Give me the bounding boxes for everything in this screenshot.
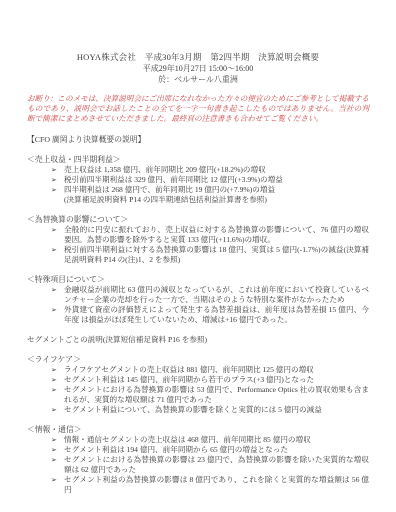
section-heading: ＜特殊項目について＞	[27, 275, 369, 285]
arrow-bullet-icon: ➢	[51, 475, 64, 495]
bullet-text: 四半期利益は 268 億円で、前年同期比 19 億円の(+7.9%)の増益	[64, 185, 369, 195]
arrow-bullet-icon: ➢	[51, 305, 64, 325]
bullet-text: 全般的に円安に振れており、売上収益に対する為替換算の影響について、76 億円の増…	[64, 225, 369, 245]
bullet-item: ➢ 税引前四半期利益は 329 億円、前年同期比 12 億円(+3.9%)の増益	[51, 175, 369, 185]
bullet-text: セグメント利益は 145 億円、前年同期から若干のプラス(+3 億円)となった	[64, 375, 369, 385]
section-information-technology: ＜情報・通信＞ ➢ 情報・通信セグメントの売上収益は 468 億円、前年同期比 …	[27, 425, 369, 495]
arrow-bullet-icon: ➢	[51, 225, 64, 245]
arrow-bullet-icon: ➢	[51, 375, 64, 385]
bullet-item: ➢ セグメントにおける為替換算の影響は 53 億円で、Performance O…	[51, 385, 369, 405]
bullet-item: ➢ セグメントにおける為替換算の影響は 23 億円で、為替換算の影響を除いた実質…	[51, 455, 369, 475]
bullet-item: ➢ 情報・通信セグメントの売上収益は 468 億円、前年同期比 85 億円の増収	[51, 435, 369, 445]
bullet-item: ➢ 四半期利益は 268 億円で、前年同期比 19 億円の(+7.9%)の増益	[51, 185, 369, 195]
arrow-bullet-icon: ➢	[51, 365, 64, 375]
title-block: HOYA株式会社 平成30年3月期 第2四半期 決算説明会概要 平成29年10月…	[27, 52, 369, 85]
segment-note: セグメントごとの説明(決算短信補足資料 P16 を参照)	[27, 335, 369, 345]
bullet-text: 税引前四半期利益に対する為替換算の影響は 18 億円、実質は 5 億円(-1.7…	[64, 245, 369, 265]
arrow-bullet-icon: ➢	[51, 165, 64, 175]
bullet-text: 税引前四半期利益は 329 億円、前年同期比 12 億円(+3.9%)の増益	[64, 175, 369, 185]
bullet-note: (決算補足説明資料 P14 の四半期連結包括利益計算書を参照)	[64, 195, 369, 205]
bullet-item: ➢ 外貨建て資産の評価替えによって発生する為替差損益は、前年度は為替差損 15 …	[51, 305, 369, 325]
bullet-item: ➢ セグメント利益について、為替換算の影響を除くと実質的には 5 億円の減益	[51, 405, 369, 415]
arrow-bullet-icon: ➢	[51, 285, 64, 305]
arrow-bullet-icon: ➢	[51, 175, 64, 185]
bullet-text: 外貨建て資産の評価替えによって発生する為替差損益は、前年度は為替差損 15 億円…	[64, 305, 369, 325]
document-page: HOYA株式会社 平成30年3月期 第2四半期 決算説明会概要 平成29年10月…	[0, 0, 396, 512]
arrow-bullet-icon: ➢	[51, 185, 64, 195]
bullet-item: ➢ 売上収益は 1,358 億円、前年同期比 209 億円(+18.2%)の増収	[51, 165, 369, 175]
arrow-bullet-icon: ➢	[51, 245, 64, 265]
bullet-text: 金融収益が前期比 63 億円の減収となっているが、これは前年度において投資してい…	[64, 285, 369, 305]
bullet-item: ➢ セグメント利益は 194 億円、前年同期から 65 億円の増益となった	[51, 445, 369, 455]
section-fx-impact: ＜為替換算の影響について＞ ➢ 全般的に円安に振れており、売上収益に対する為替換…	[27, 215, 369, 265]
bullet-item: ➢ ライフケアセグメントの売上収益は 881 億円、前年同期比 125 億円の増…	[51, 365, 369, 375]
arrow-bullet-icon: ➢	[51, 405, 64, 415]
section-heading: ＜ライフケア＞	[27, 355, 369, 365]
bullet-text: セグメント利益の為替換算の影響は 8 億円であり、これを除くと実質的な増益額は …	[64, 475, 369, 495]
section-heading: ＜為替換算の影響について＞	[27, 215, 369, 225]
document-datetime: 平成29年10月27日 15:00～16:00	[27, 63, 369, 74]
bullet-item: ➢ 全般的に円安に振れており、売上収益に対する為替換算の影響について、76 億円…	[51, 225, 369, 245]
bullet-item: ➢ 金融収益が前期比 63 億円の減収となっているが、これは前年度において投資し…	[51, 285, 369, 305]
arrow-bullet-icon: ➢	[51, 445, 64, 455]
bullet-item: ➢ 税引前四半期利益に対する為替換算の影響は 18 億円、実質は 5 億円(-1…	[51, 245, 369, 265]
cfo-section-header: 【CFO 廣岡より決算概要の説明】	[27, 135, 369, 145]
section-special-items: ＜特殊項目について＞ ➢ 金融収益が前期比 63 億円の減収となっているが、これ…	[27, 275, 369, 325]
arrow-bullet-icon: ➢	[51, 385, 64, 405]
bullet-text: セグメントにおける為替換算の影響は 23 億円で、為替換算の影響を除いた実質的な…	[64, 455, 369, 475]
bullet-text: セグメントにおける為替換算の影響は 53 億円で、Performance Opt…	[64, 385, 369, 405]
section-revenue-profit: ＜売上収益・四半期利益＞ ➢ 売上収益は 1,358 億円、前年同期比 209 …	[27, 155, 369, 205]
document-venue: 於：ベルサール八重洲	[27, 74, 369, 85]
arrow-bullet-icon: ➢	[51, 455, 64, 475]
bullet-item: ➢ セグメント利益は 145 億円、前年同期から若干のプラス(+3 億円)となっ…	[51, 375, 369, 385]
disclaimer-text: お断り：このメモは、決算説明会にご出席になれなかった方々の便宜のためにご参考とし…	[27, 94, 369, 124]
section-lifecare: ＜ライフケア＞ ➢ ライフケアセグメントの売上収益は 881 億円、前年同期比 …	[27, 355, 369, 415]
bullet-text: 情報・通信セグメントの売上収益は 468 億円、前年同期比 85 億円の増収	[64, 435, 369, 445]
bullet-text: ライフケアセグメントの売上収益は 881 億円、前年同期比 125 億円の増収	[64, 365, 369, 375]
bullet-text: 売上収益は 1,358 億円、前年同期比 209 億円(+18.2%)の増収	[64, 165, 369, 175]
section-heading: ＜情報・通信＞	[27, 425, 369, 435]
arrow-bullet-icon: ➢	[51, 435, 64, 445]
bullet-text: セグメント利益について、為替換算の影響を除くと実質的には 5 億円の減益	[64, 405, 369, 415]
bullet-text: セグメント利益は 194 億円、前年同期から 65 億円の増益となった	[64, 445, 369, 455]
document-title: HOYA株式会社 平成30年3月期 第2四半期 決算説明会概要	[27, 52, 369, 63]
bullet-item: ➢ セグメント利益の為替換算の影響は 8 億円であり、これを除くと実質的な増益額…	[51, 475, 369, 495]
section-heading: ＜売上収益・四半期利益＞	[27, 155, 369, 165]
